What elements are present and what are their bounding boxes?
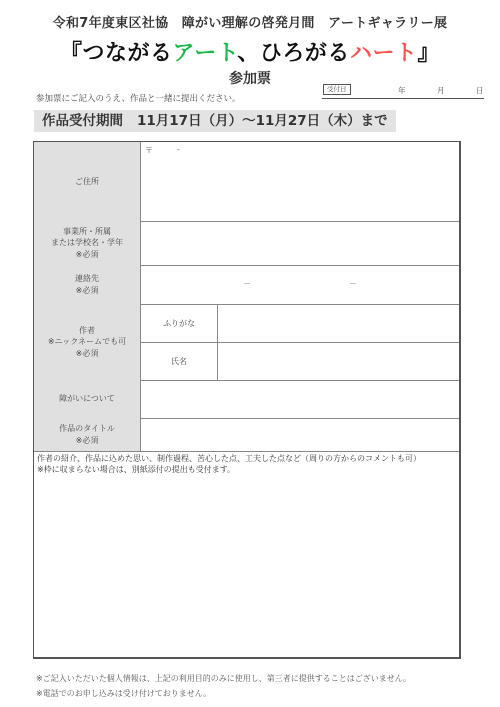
- postal-separator: -: [177, 145, 180, 154]
- contact-field[interactable]: － －: [141, 265, 459, 304]
- phone-note: ※電話でのお申し込みは受け付けておりません。: [36, 688, 211, 699]
- affiliation-label-line1: 事業所・所属: [51, 226, 123, 238]
- row-disability: 障がいについて: [34, 380, 459, 419]
- receipt-date-field: 受付日 年 月 日: [322, 83, 484, 99]
- postal-mark: 〒: [145, 145, 153, 156]
- required-note: ※必須: [51, 249, 123, 261]
- receipt-tag: 受付日: [323, 84, 351, 95]
- receipt-month: 月: [437, 85, 445, 96]
- receipt-year: 年: [398, 85, 406, 96]
- privacy-note: ※ご記入いただいた個人情報は、上記の利用目的のみに使用し、第三者に提供することは…: [36, 673, 411, 684]
- row-work-title: 作品のタイトル ※必須: [34, 418, 459, 452]
- event-subtitle: 令和7年度東区社協 障がい理解の啓発月間 アートギャラリー展: [0, 12, 500, 31]
- phone-separator-1: －: [243, 278, 251, 289]
- label-work-title: 作品のタイトル ※必須: [34, 418, 141, 451]
- phone-separator-2: －: [349, 278, 357, 289]
- label-furigana: ふりがな: [141, 304, 218, 343]
- label-author: 作者 ※ニックネームでも可 ※必須: [34, 304, 141, 380]
- name-field[interactable]: [218, 343, 459, 380]
- period-label: 作品受付期間: [42, 113, 123, 129]
- work-title-label-line1: 作品のタイトル: [59, 423, 115, 435]
- receipt-day: 日: [476, 85, 484, 96]
- label-contact: 連絡先 ※必須: [34, 265, 141, 304]
- required-note: ※必須: [48, 348, 126, 360]
- title-part-mid: 、ひろがる: [237, 41, 350, 66]
- furigana-field[interactable]: [218, 304, 459, 343]
- author-label-line2: ※ニックネームでも可: [48, 336, 126, 348]
- disability-field[interactable]: [141, 380, 459, 418]
- title-part-open: 『つながる: [60, 41, 173, 66]
- comment-note: ※枠に収まらない場合は、別紙添付の提出も受付ます。: [37, 464, 456, 475]
- instruction-text: 参加票にご記入のうえ、作品と一緒に提出ください。: [36, 92, 241, 104]
- label-affiliation: 事業所・所属 または学校名・学年 ※必須: [34, 221, 141, 265]
- row-contact: 連絡先 ※必須 － －: [34, 265, 459, 305]
- required-note: ※必須: [75, 285, 99, 297]
- row-affiliation: 事業所・所属 または学校名・学年 ※必須: [34, 221, 459, 266]
- affiliation-label-line2: または学校名・学年: [51, 237, 123, 249]
- title-part-heart: ハート: [350, 41, 418, 66]
- label-name: 氏名: [141, 343, 218, 380]
- author-label-line1: 作者: [48, 325, 126, 337]
- address-field[interactable]: 〒 -: [141, 142, 459, 221]
- entry-form-table: ご住所 〒 - 事業所・所属 または学校名・学年 ※必須 連絡先 ※必須 － －: [33, 141, 461, 659]
- title-part-close: 』: [417, 41, 440, 66]
- main-title: 『つながるアート、ひろがるハート』: [0, 36, 500, 67]
- row-author: 作者 ※ニックネームでも可 ※必須 ふりがな 氏名: [34, 304, 459, 381]
- label-disability: 障がいについて: [34, 380, 141, 418]
- comment-field[interactable]: 作者の紹介、作品に込めた思い、制作過程、苦心した点、工夫した点など（周りの方から…: [34, 451, 459, 657]
- period-dates: 11月17日（月）～11月27日（木）まで: [137, 113, 388, 129]
- comment-instruction: 作者の紹介、作品に込めた思い、制作過程、苦心した点、工夫した点など（周りの方から…: [37, 453, 456, 464]
- row-address: ご住所 〒 -: [34, 142, 459, 222]
- label-address: ご住所: [34, 142, 141, 221]
- title-part-art: アート: [173, 41, 238, 66]
- contact-label-line1: 連絡先: [75, 273, 99, 285]
- affiliation-field[interactable]: [141, 221, 459, 265]
- work-title-field[interactable]: [141, 418, 459, 451]
- required-note: ※必須: [59, 435, 115, 447]
- submission-period-banner: 作品受付期間11月17日（月）～11月27日（木）まで: [34, 110, 396, 132]
